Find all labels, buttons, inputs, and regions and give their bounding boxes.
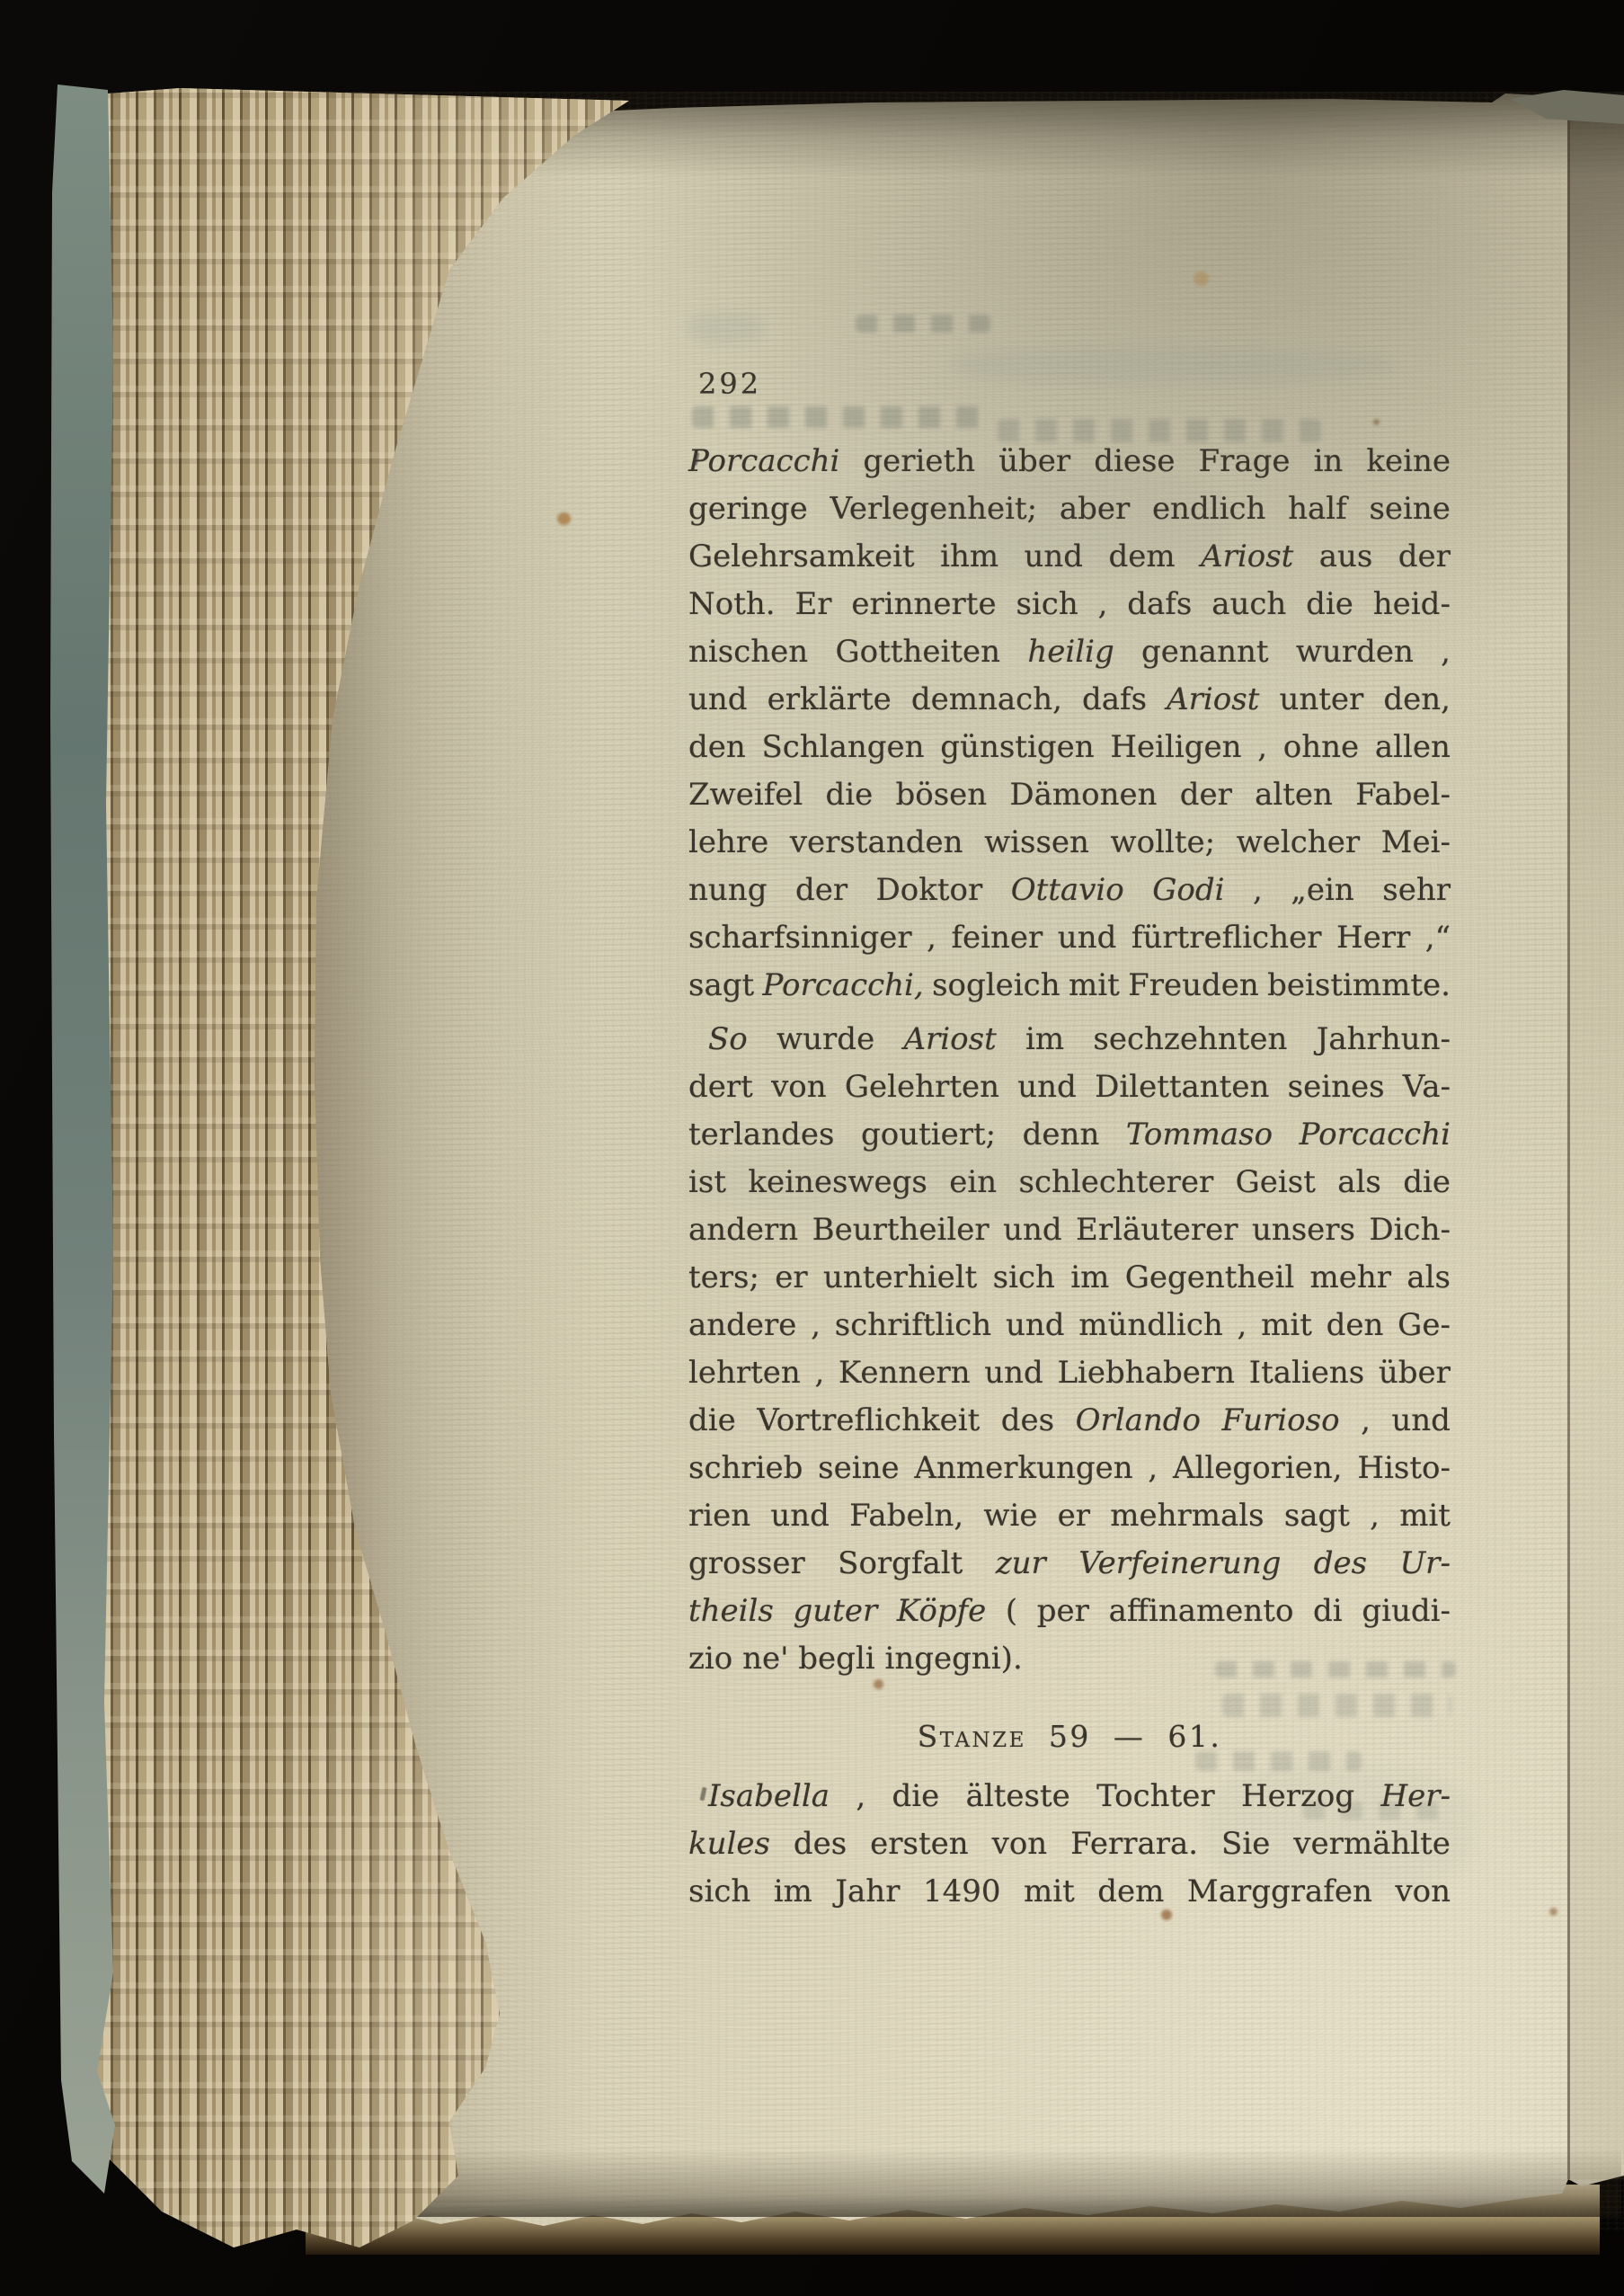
word: Er — [794, 581, 831, 628]
word: sechzehnten — [1093, 1016, 1287, 1063]
word: verstanden — [790, 819, 963, 867]
word: lehre — [688, 819, 768, 867]
text-line: schriebseineAnmerkungen,Allegorien,Histo… — [688, 1445, 1451, 1492]
word: giudi- — [1362, 1588, 1451, 1635]
text-line: grosserSorgfaltzurVerfeinerungdesUr- — [688, 1540, 1451, 1588]
photographed-book-scene: 292 PorcacchigeriethüberdieseFrageinkein… — [0, 0, 1624, 2296]
word: seines — [1288, 1063, 1385, 1111]
page-bottom-shadow — [298, 2149, 1621, 2217]
word-italic: kules — [688, 1820, 770, 1868]
word: aber — [1060, 485, 1130, 533]
word: , — [1253, 867, 1263, 914]
word-italic: Furioso — [1222, 1397, 1340, 1445]
text-line: denSchlangengünstigenHeiligen,ohneallen — [688, 724, 1451, 771]
word: sich — [993, 1254, 1055, 1302]
word: seine — [818, 1445, 899, 1492]
word-italic: Porcacchi — [688, 438, 839, 485]
word: ist — [688, 1159, 726, 1206]
word: Verlegenheit; — [830, 485, 1038, 533]
word: er — [1058, 1492, 1090, 1540]
word: Ge- — [1398, 1302, 1451, 1349]
page-number: 292 — [698, 367, 806, 403]
word: fürtreflicher — [1131, 914, 1322, 962]
word: heid- — [1373, 581, 1451, 628]
word: mit — [1024, 1868, 1075, 1916]
word: und — [984, 1349, 1043, 1397]
word: den — [1327, 1302, 1384, 1349]
word: geringe — [688, 485, 808, 533]
word: die — [1403, 1159, 1451, 1206]
word-italic: Ariost — [1201, 533, 1293, 581]
word: älteste — [966, 1773, 1070, 1820]
word: die — [1306, 581, 1353, 628]
word-italic: So — [708, 1016, 748, 1063]
word: Gottheiten — [835, 628, 1000, 676]
word: unsers — [1252, 1206, 1355, 1254]
show-through-text-ghost — [692, 406, 989, 428]
word: Va- — [1403, 1063, 1451, 1111]
word: erklärte — [768, 676, 892, 724]
word: andern — [688, 1206, 798, 1254]
word: schlechterer — [1019, 1159, 1214, 1206]
word: Anmerkungen — [914, 1445, 1132, 1492]
word: Italiens — [1249, 1349, 1365, 1397]
word: ne' — [742, 1641, 788, 1677]
word: erinnerte — [851, 581, 996, 628]
word: dafs — [1082, 676, 1147, 724]
word: im — [1070, 1254, 1109, 1302]
section-heading: Stanze 59 — 61. — [688, 1713, 1451, 1760]
word-italic: Tommaso — [1126, 1111, 1273, 1159]
word: , — [927, 914, 936, 962]
word: sehr — [1382, 867, 1451, 914]
word: die — [688, 1397, 736, 1445]
word: Jahr — [835, 1868, 900, 1916]
text-line: andere,schriftlichundmündlich,mitdenGe- — [688, 1302, 1451, 1349]
word: nischen — [688, 628, 808, 676]
paragraph: Isabella,dieältesteTochterHerzogHer-kule… — [688, 1773, 1451, 1916]
word: Erläuterer — [1076, 1206, 1238, 1254]
word: affinamento — [1109, 1588, 1294, 1635]
show-through-wash — [953, 347, 1393, 383]
text-line: Isabella,dieältesteTochterHerzogHer- — [688, 1773, 1451, 1820]
page-gutter-crease — [1567, 93, 1624, 2179]
word: denn — [1023, 1111, 1100, 1159]
word: Ferrara. — [1070, 1820, 1198, 1868]
foxing-spot — [1549, 1908, 1557, 1916]
word: mehr — [1310, 1254, 1392, 1302]
word: Sie — [1221, 1820, 1270, 1868]
word: Zweifel — [688, 771, 803, 819]
text-line: sichimJahr1490mitdemMarggrafenvon — [688, 1868, 1451, 1916]
word: feiner — [951, 914, 1043, 962]
word: grosser — [688, 1540, 805, 1588]
word: zio — [688, 1641, 732, 1677]
word: Allegorien, — [1173, 1445, 1343, 1492]
word: seine — [1369, 485, 1450, 533]
word: Gegentheil — [1125, 1254, 1295, 1302]
word: half — [1288, 485, 1347, 533]
word: Gelehrsamkeit — [688, 533, 915, 581]
text-line: kulesdeserstenvonFerrara.Sievermählte — [688, 1820, 1451, 1868]
word: sich — [688, 1868, 750, 1916]
word: unter — [1279, 676, 1363, 724]
word-italic: Ariost — [1167, 676, 1259, 724]
word: er — [775, 1254, 807, 1302]
show-through-wash — [687, 313, 764, 343]
word: Kennern — [839, 1349, 971, 1397]
word-italic: Ottavio — [1011, 867, 1124, 914]
word: ein — [949, 1159, 997, 1206]
word: diese — [1094, 438, 1175, 485]
word: dert — [688, 1063, 753, 1111]
word: beistimmte. — [1267, 962, 1451, 1010]
word: Jahrhun- — [1317, 1016, 1451, 1063]
word: und — [1017, 1063, 1077, 1111]
word: des — [1001, 1397, 1054, 1445]
word-italic: Porcacchi, — [763, 962, 924, 1010]
word: wurde — [777, 1016, 874, 1063]
word: , — [1361, 1397, 1371, 1445]
word: 1490 — [923, 1868, 1001, 1916]
word: bösen — [895, 771, 987, 819]
word: Vortreflichkeit — [757, 1397, 980, 1445]
word: dem — [1097, 1868, 1164, 1916]
word: günstigen — [940, 724, 1094, 771]
word: und — [1058, 914, 1117, 962]
text-line: theilsguterKöpfe(peraffinamentodigiudi- — [688, 1588, 1451, 1635]
word: im — [774, 1868, 812, 1916]
word: , — [1098, 581, 1108, 628]
word: ersten — [870, 1820, 969, 1868]
text-line: ters;erunterhieltsichimGegentheilmehrals — [688, 1254, 1451, 1302]
word: als — [1407, 1254, 1451, 1302]
word: den, — [1383, 676, 1451, 724]
word: Sorgfalt — [838, 1540, 963, 1588]
word: lehrten — [688, 1349, 801, 1397]
word: Gelehrten — [845, 1063, 999, 1111]
word: Fabel- — [1355, 771, 1451, 819]
foxing-spot — [1194, 271, 1209, 286]
word-italic: des — [1314, 1540, 1367, 1588]
word: , — [1370, 1492, 1380, 1540]
word: als — [1337, 1159, 1381, 1206]
word-italic: Porcacchi — [1300, 1111, 1451, 1159]
word-italic: heilig — [1027, 628, 1114, 676]
word: Herzog — [1241, 1773, 1354, 1820]
word: Histo- — [1357, 1445, 1451, 1492]
word: wollte; — [1111, 819, 1216, 867]
word: alten — [1255, 771, 1333, 819]
text-line: lehrten,KennernundLiebhabernItaliensüber — [688, 1349, 1451, 1397]
word: nung — [688, 867, 767, 914]
word: mit — [1261, 1302, 1312, 1349]
word: Geist — [1236, 1159, 1316, 1206]
word: mündlich — [1078, 1302, 1223, 1349]
text-line: GelehrsamkeitihmunddemAriostausder — [688, 533, 1451, 581]
word: in — [1314, 438, 1344, 485]
word: terlandes — [688, 1111, 834, 1159]
word: , — [856, 1773, 865, 1820]
word: ohne — [1283, 724, 1359, 771]
word: Mei- — [1381, 819, 1451, 867]
word: der — [795, 867, 847, 914]
word-italic: Ariost — [903, 1016, 996, 1063]
word-italic: guter — [794, 1588, 878, 1635]
word: begli — [798, 1641, 874, 1677]
word-italic: Godi — [1152, 867, 1224, 914]
word: endlich — [1152, 485, 1265, 533]
word: Doktor — [876, 867, 983, 914]
word: mit — [1399, 1492, 1451, 1540]
word: Frage — [1199, 438, 1291, 485]
word: Dilettanten — [1095, 1063, 1269, 1111]
word: sich — [1016, 581, 1078, 628]
word: Heiligen — [1110, 724, 1241, 771]
word-italic: Her- — [1380, 1773, 1451, 1820]
word: aus — [1319, 533, 1373, 581]
word: mehrmals — [1110, 1492, 1264, 1540]
word: Schlangen — [762, 724, 925, 771]
text-line: underklärtedemnach,dafsAriostunterden, — [688, 676, 1451, 724]
word: rien — [688, 1492, 750, 1540]
word: vermählte — [1293, 1820, 1451, 1868]
word: und — [1025, 533, 1084, 581]
word: von — [992, 1820, 1048, 1868]
word-italic: Verfeinerung — [1078, 1540, 1281, 1588]
word: Fabeln, — [849, 1492, 963, 1540]
word: , — [811, 1302, 821, 1349]
word: über — [998, 438, 1070, 485]
word: und — [1006, 1302, 1065, 1349]
word: und — [688, 676, 748, 724]
word: demnach, — [911, 676, 1062, 724]
word: der — [1398, 533, 1451, 581]
foxing-spot — [1373, 419, 1380, 425]
word: mit — [1069, 962, 1120, 1010]
word: auch — [1211, 581, 1286, 628]
word: keine — [1366, 438, 1451, 485]
word: wie — [983, 1492, 1037, 1540]
paragraph: SowurdeAriostimsechzehntenJahrhun-dertvo… — [688, 1016, 1451, 1683]
word: Freuden — [1128, 962, 1259, 1010]
show-through-text-ghost — [856, 315, 990, 333]
word: wissen — [984, 819, 1089, 867]
word: und — [1003, 1206, 1062, 1254]
word-italic: Orlando — [1076, 1397, 1201, 1445]
word: allen — [1375, 724, 1451, 771]
word: dem — [1109, 533, 1176, 581]
word: sagt — [1284, 1492, 1350, 1540]
word: ingegni). — [884, 1641, 1022, 1677]
word: schriftlich — [835, 1302, 991, 1349]
word: welcher — [1237, 819, 1360, 867]
word: ihm — [940, 533, 998, 581]
text-line: scharfsinniger,feinerundfürtreflicherHer… — [688, 914, 1451, 962]
word: Herr — [1336, 914, 1410, 962]
word: und — [1391, 1397, 1451, 1445]
word: und — [770, 1492, 830, 1540]
text-line: SowurdeAriostimsechzehntenJahrhun- — [688, 1016, 1451, 1063]
word: , — [1257, 724, 1267, 771]
word: , — [814, 1349, 824, 1397]
text-line: andernBeurtheilerundErläutererunsersDich… — [688, 1206, 1451, 1254]
word: goutiert; — [861, 1111, 996, 1159]
text-line: lehreverstandenwissenwollte;welcherMei- — [688, 819, 1451, 867]
word: ( — [1006, 1588, 1017, 1635]
text-line: dertvonGelehrtenundDilettantenseinesVa- — [688, 1063, 1451, 1111]
word: keineswegs — [748, 1159, 927, 1206]
word: „ein — [1291, 867, 1354, 914]
text-line: nungderDoktorOttavioGodi,„einsehr — [688, 867, 1451, 914]
word-italic: zur — [996, 1540, 1046, 1588]
word: Beurtheiler — [812, 1206, 989, 1254]
word: Liebhabern — [1057, 1349, 1235, 1397]
word: den — [688, 724, 746, 771]
word: sagt — [688, 962, 754, 1010]
word: schrieb — [688, 1445, 803, 1492]
word: ters; — [688, 1254, 759, 1302]
word: über — [1379, 1349, 1451, 1397]
word: genannt — [1141, 628, 1269, 676]
paragraph: PorcacchigeriethüberdieseFrageinkeineger… — [688, 438, 1451, 1010]
word: im — [1025, 1016, 1064, 1063]
text-line: istkeineswegseinschlechtererGeistalsdie — [688, 1159, 1451, 1206]
text-line: Noth.Ererinnertesich,dafsauchdieheid- — [688, 581, 1451, 628]
book-cover-edge — [40, 85, 122, 2224]
word: wurden — [1296, 628, 1414, 676]
word: die — [826, 771, 874, 819]
word: sogleich — [932, 962, 1060, 1010]
word: des — [794, 1820, 847, 1868]
text-line: zio ne' begli ingegni). — [688, 1635, 1451, 1683]
text-line: ZweifeldiebösenDämonenderaltenFabel- — [688, 771, 1451, 819]
word: unterhielt — [823, 1254, 977, 1302]
word: dafs — [1127, 581, 1192, 628]
word: Tochter — [1096, 1773, 1214, 1820]
word: scharfsinniger — [688, 914, 912, 962]
word: gerieth — [863, 438, 975, 485]
text-line: sagtPorcacchi,sogleichmitFreudenbeistimm… — [688, 962, 1451, 1010]
text-line: geringeVerlegenheit;aberendlichhalfseine — [688, 485, 1451, 533]
text-line: nischenGottheitenheiliggenanntwurden, — [688, 628, 1451, 676]
text-line: dieVortreflichkeitdesOrlandoFurioso,und — [688, 1397, 1451, 1445]
word-italic: Köpfe — [897, 1588, 986, 1635]
word: von — [771, 1063, 827, 1111]
word: von — [1395, 1868, 1451, 1916]
word-italic: theils — [688, 1588, 774, 1635]
word: Marggrafen — [1187, 1868, 1372, 1916]
text-line: PorcacchigeriethüberdieseFrageinkeine — [688, 438, 1451, 485]
word-italic: Ur- — [1400, 1540, 1451, 1588]
foxing-spot — [557, 512, 571, 525]
word: per — [1037, 1588, 1089, 1635]
word: Dämonen — [1009, 771, 1157, 819]
word: ,“ — [1425, 914, 1451, 962]
word: di — [1313, 1588, 1343, 1635]
word: der — [1180, 771, 1232, 819]
word: Noth. — [688, 581, 776, 628]
word: die — [892, 1773, 940, 1820]
word-italic: Isabella — [708, 1773, 830, 1820]
text-line: terlandesgoutiert;dennTommasoPorcacchi — [688, 1111, 1451, 1159]
text-column: PorcacchigeriethüberdieseFrageinkeineger… — [688, 438, 1451, 1916]
text-line: rienundFabeln,wieermehrmalssagt,mit — [688, 1492, 1451, 1540]
word: Dich- — [1369, 1206, 1451, 1254]
word: , — [1148, 1445, 1158, 1492]
word: andere — [688, 1302, 796, 1349]
word: , — [1238, 1302, 1247, 1349]
word: , — [1441, 628, 1451, 676]
